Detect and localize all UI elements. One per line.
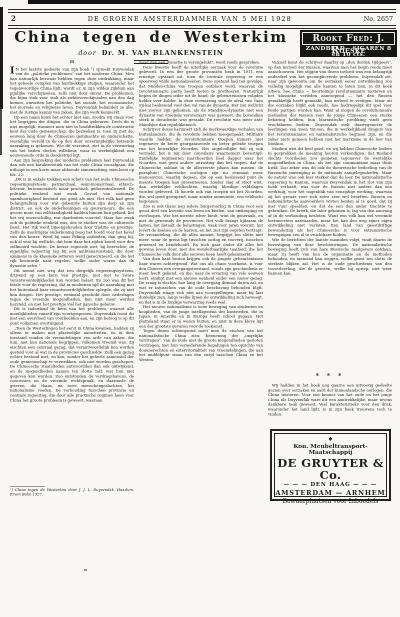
column-1-text: IN het laatste gedeelte van zijn boek ¹)…	[10, 67, 134, 403]
de-gruyter-company-type: Kon. Meubeltransport-Maatschappij	[275, 444, 386, 456]
column-1: II IN het laatste gedeelte van zijn boek…	[10, 60, 134, 484]
de-gruyter-tagline: Bewaarplaatsen voor Inboedels	[275, 498, 386, 505]
column-2: meer dan één dynastie is verongelukt”, w…	[139, 60, 263, 502]
paragraph: Moskou wist dit heel goed, en wij hebben…	[268, 146, 392, 237]
masthead: DE GROENE AMSTERDAMMER VAN 5 MEI 1928	[88, 16, 292, 23]
byline: door Dr. M. VAN BLANKENSTEIN	[10, 49, 292, 57]
de-gruyter-ad-frame: ♦ Kon. Meubeltransport-Maatschappij DE G…	[274, 433, 387, 497]
paragraph: Dit is inderdaad de kern van het problee…	[10, 307, 134, 326]
page-number: 2	[11, 14, 16, 23]
article-title: China tegen de Westerkim	[10, 28, 292, 46]
footnote-text: ¹) China tegen de Westerkim door J. J. L…	[10, 488, 134, 497]
de-gruyter-company-name: DE GRUYTER & Co.	[275, 457, 386, 481]
ornament-diamond-icon: ♦	[275, 436, 386, 443]
issue-number: No. 2657	[364, 16, 393, 23]
column-3-closing: Wij hadden in het boek nog gaarne een ui…	[268, 383, 392, 419]
column-2-text: meer dan één dynastie is verongelukt”, w…	[139, 60, 263, 362]
paragraph: Vanzelf komt de schrijver daarbij op „de…	[268, 60, 392, 146]
paragraph: Wie de berichten der laatste maanden vol…	[268, 237, 392, 275]
roeske-ad-tagline: ZANDBLAD – SIGAREN 8 en 10 cts.	[302, 46, 395, 58]
de-gruyter-cities: AMSTERDAM — ARNHEM	[275, 489, 386, 497]
paragraph: Zoo is ook thans nog iedere burgeroorlog…	[139, 204, 263, 257]
newspaper-page: 2 DE GROENE AMSTERDAMMER VAN 5 MEI 1928 …	[0, 0, 400, 617]
paragraph: Dit neemt niet weg dat een dergelijk reg…	[10, 268, 134, 306]
paragraph: Schrijver dezes herinnert zich de merkwa…	[139, 127, 263, 204]
footnote-rule	[10, 486, 45, 487]
de-gruyter-city-den-haag: — — — DEN HAAG — — —	[275, 482, 386, 488]
byline-prefix: door	[78, 49, 96, 57]
scan-artifact-left-edge	[0, 7, 3, 109]
paragraph: Tegen dezen achtergrond moet men de eisc…	[139, 329, 263, 363]
column-3: Vanzelf komt de schrijver daarbij op „de…	[268, 60, 392, 372]
paragraph: Van dien kant bezien krijgen ook de jong…	[139, 257, 263, 305]
roeske-ad-brand: Rookt Fred: J. Roeske	[302, 32, 395, 45]
page-header: 2 DE GROENE AMSTERDAMMER VAN 5 MEI 1928 …	[8, 9, 396, 29]
de-gruyter-ad: ♦ Kon. Meubeltransport-Maatschappij DE G…	[270, 429, 391, 501]
paragraph: Op een naam komt het echter niet aan, zo…	[10, 115, 134, 158]
paragraph: Deze kwestie heeft de uiterlijke oorzaak…	[139, 65, 263, 127]
paragraph: „Toen de Westerlingen het eerst in China…	[10, 326, 134, 403]
asterisk-separator: * * *	[268, 373, 392, 380]
section-numeral: II	[10, 60, 134, 65]
byline-author: Dr. M. VAN BLANKENSTEIN	[102, 49, 224, 57]
footnote: ¹) China tegen de Westerkim door J. J. L…	[10, 486, 134, 502]
column-3-text: Vanzelf komt de schrijver daarbij op „de…	[268, 60, 392, 276]
paragraph: Wij hadden in het boek nog gaarne een ui…	[268, 383, 392, 417]
paragraph: Het nieuwe nationalisme is eene beweging…	[139, 305, 263, 329]
scan-artifact-speck	[84, 569, 87, 571]
paragraph: IN het laatste gedeelte van zijn boek ¹)…	[10, 67, 134, 115]
roeske-cigar-ad: Rookt Fred: J. Roeske ZANDBLAD – SIGAREN…	[300, 30, 397, 57]
scan-artifact-top-edge	[28, 0, 400, 4]
paragraph: Aan zijn bespreking der moderne probleme…	[10, 158, 134, 177]
scan-artifact-left-edge	[0, 109, 2, 155]
article-header: China tegen de Westerkim door Dr. M. VAN…	[10, 28, 292, 64]
paragraph: „Dit is in enkele trekken een schets van…	[10, 177, 134, 268]
column-3-closing-text: Wij hadden in het boek nog gaarne een ui…	[268, 383, 392, 417]
